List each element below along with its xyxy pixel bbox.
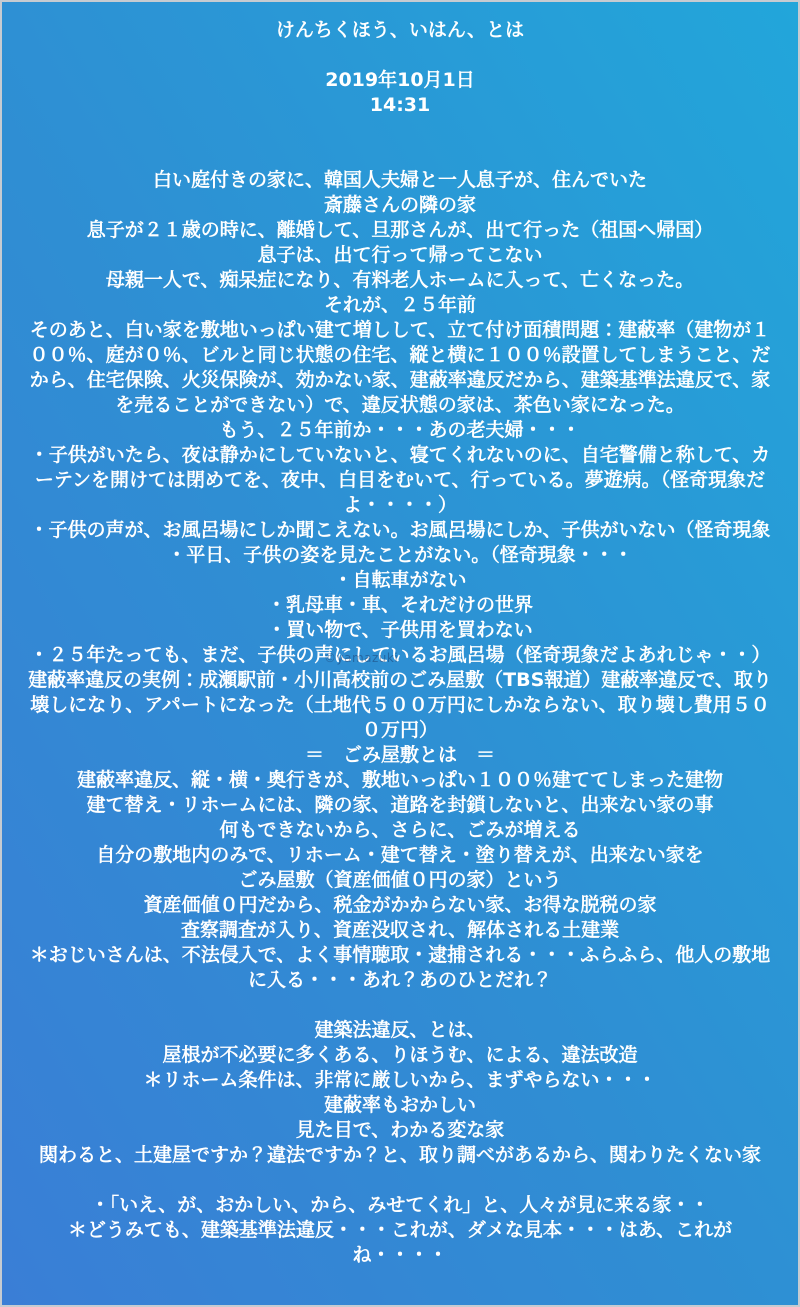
page-title: けんちくほう、いはん、とは [22,18,778,43]
note-document: けんちくほう、いはん、とは 2019年10月1日 14:31 白い庭付きの家に、… [2,2,798,1268]
text-line: もう、２５年前か・・・あの老夫婦・・・ [22,418,778,443]
text-line: ・２５年たっても、まだ、子供の声にしているお風呂場（怪奇現象だよあれじゃ・・） [22,643,778,668]
text-line: 見た目で、わかる変な家 [22,1118,778,1143]
text-line: 建蔽率もおかしい [22,1093,778,1118]
text-line: ごみ屋敷（資産価値０円の家）という [22,868,778,893]
text-line: 建て替え・リホームには、隣の家、道路を封鎖しないと、出来ない家の事 [22,793,778,818]
text-line: ＝ ごみ屋敷とは ＝ [22,743,778,768]
text-line: ・子供の声が、お風呂場にしか聞こえない。お風呂場にしか、子供がいない（怪奇現象 [22,518,778,543]
text-line: 母親一人で、痴呆症になり、有料老人ホームに入って、亡くなった。 [22,268,778,293]
text-line: 屋根が不必要に多くある、りほうむ、による、違法改造 [22,1043,778,1068]
text-line: ・乳母車・車、それだけの世界 [22,593,778,618]
text-line: 何もできないから、さらに、ごみが増える [22,818,778,843]
text-line: ＊リホーム条件は、非常に厳しいから、まずやらない・・・ [22,1068,778,1093]
text-line: 建蔽率違反、縦・横・奥行きが、敷地いっぱい１００％建ててしまった建物 [22,768,778,793]
text-line: 査察調査が入り、資産没収され、解体される土建業 [22,918,778,943]
text-line: 白い庭付きの家に、韓国人夫婦と一人息子が、住んでいた [22,168,778,193]
time-text: 14:31 [22,93,778,118]
text-line: 資産価値０円だから、税金がかからない家、お得な脱税の家 [22,893,778,918]
date-text: 2019年10月1日 [22,68,778,93]
text-line: ・自転車がない [22,568,778,593]
text-line: 建蔽率違反の実例：成瀬駅前・小川高校前のごみ屋敷（TBS報道）建蔽率違反で、取り… [22,668,778,743]
text-line: 斎藤さんの隣の家 [22,193,778,218]
text-line: 関わると、土建屋ですか？違法ですか？と、取り調べがあるから、関わりたくない家 [22,1143,778,1168]
text-line: ＊おじいさんは、不法侵入で、よく事情聴取・逮捕される・・・ふらふら、他人の敷地に… [22,943,778,993]
text-line: ・買い物で、子供用を買わない [22,618,778,643]
text-line [22,1168,778,1193]
text-line: 息子が２１歳の時に、離婚して、旦那さんが、出て行った（祖国へ帰国） [22,218,778,243]
text-line [22,993,778,1018]
text-line: それが、２５年前 [22,293,778,318]
text-line: 自分の敷地内のみで、リホーム・建て替え・塗り替えが、出来ない家を [22,843,778,868]
text-line: ・子供がいたら、夜は静かにしていないと、寝てくれないのに、自宅警備と称して、カー… [22,443,778,518]
text-line: そのあと、白い家を敷地いっぱい建て増しして、立て付け面積問題：建蔽率（建物が１０… [22,318,778,418]
text-line: ＊どうみても、建築基準法違反・・・これが、ダメな見本・・・はあ、これがね・・・・ [22,1218,778,1268]
text-line: ・「いえ、が、おかしい、から、みせてくれ」と、人々が見に来る家・・ [22,1193,778,1218]
text-line: ・平日、子供の姿を見たことがない。（怪奇現象・・・ [22,543,778,568]
text-line: 息子は、出て行って帰ってこない [22,243,778,268]
document-body: 白い庭付きの家に、韓国人夫婦と一人息子が、住んでいた斎藤さんの隣の家息子が２１歳… [22,168,778,1268]
note-page: { "colors": { "background_gradient_start… [0,0,800,1307]
text-line: 建築法違反、とは、 [22,1018,778,1043]
